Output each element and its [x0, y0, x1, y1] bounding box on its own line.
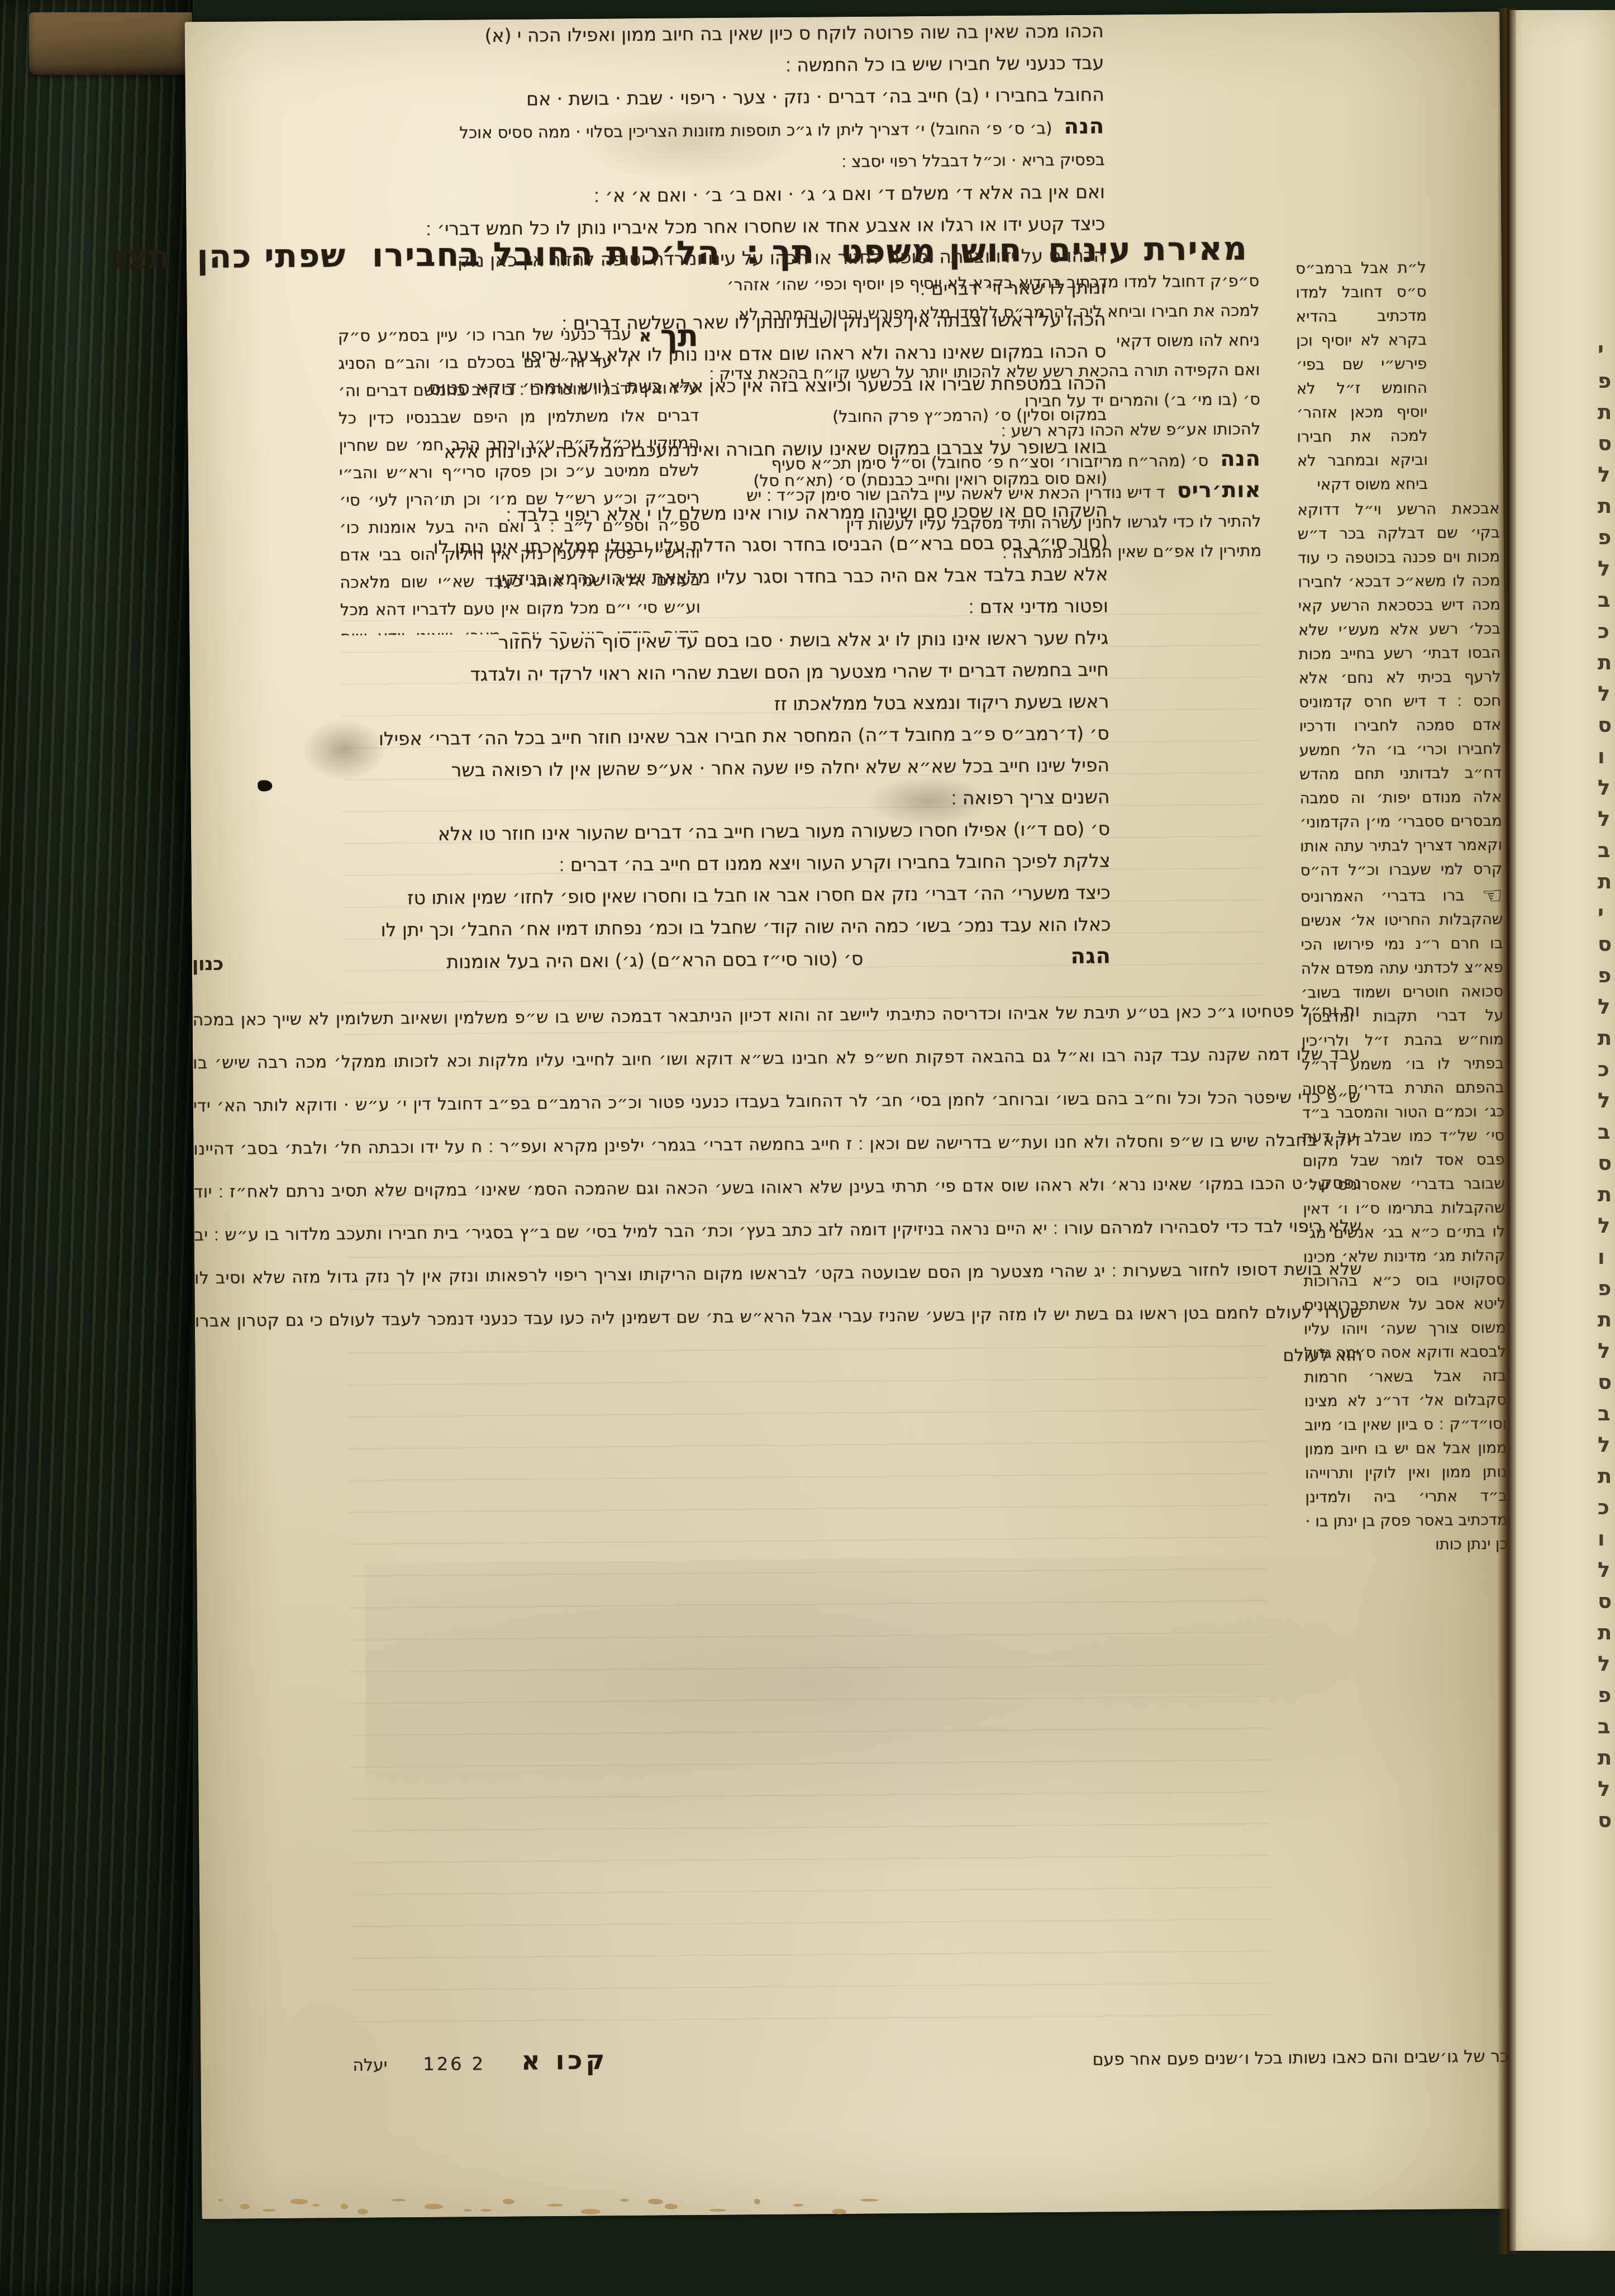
seif-line-item: השנים צריך רפואה ׃ — [448, 781, 1110, 817]
clipped-letter: ל — [1598, 991, 1615, 1023]
line-text: הכהו על ראשו וצבתה אין כאן נזק ושבת ונות… — [561, 308, 1106, 334]
line-text: אלא שבת בלבד אבל אם היה כבר בחדר וסגר על… — [497, 563, 1108, 590]
column-catchword: כנון — [192, 948, 224, 980]
worn-fleck — [648, 2199, 663, 2204]
line-text: ס׳ (סם ד״ו) אפילו חסרו כשעורה מעור בשרו … — [438, 817, 1110, 844]
clipped-letter: פ — [1598, 1273, 1615, 1304]
seif-line-item: הגה ס׳ (טור סי״ז בסם הרא״ם) (ג׳) ואם היה… — [192, 940, 1111, 980]
clipped-letter: ל — [1598, 772, 1615, 804]
seif-line-item: ואם אין בה אלא ד׳ משלם ד׳ ואם ג׳ ג׳ · וא… — [443, 175, 1105, 212]
worn-fleck — [547, 2204, 563, 2207]
worn-fleck — [341, 2204, 348, 2209]
line-text: ואם אין בה אלא ד׳ משלם ד׳ ואם ג׳ ג׳ · וא… — [594, 180, 1105, 206]
line-text: כיצד קטע ידו או רגלו או אצבע אחד או שחסר… — [426, 212, 1106, 240]
seif-line-item: בפסיק בריא · וכ״ל דבבלל רפוי יסבצ ׃ — [443, 144, 1105, 180]
clipped-letter: פ — [1598, 960, 1615, 991]
clipped-letter: ל — [1598, 553, 1615, 584]
clipped-letter: ת — [1598, 1461, 1615, 1492]
line-text: הכהו מכה שאין בה שוה פרוטה לוקח ס כיון ש… — [484, 20, 1103, 46]
bold-lead-word: הנה — [1064, 113, 1104, 139]
line-text: הפיל שינו חייב בכל שא״א שלא יחלה פיו שעה… — [451, 754, 1110, 781]
line-text: עבד כנעני של חבירו שיש בו כל החמשה ׃ — [785, 51, 1104, 75]
clipped-letter: ס — [1598, 710, 1615, 741]
clipped-letter: ת — [1598, 1742, 1615, 1774]
bottom-block-text: ות וח״ל פטחיטו ג״כ כאן בט״ע תיבת של אביה… — [192, 1001, 1362, 1366]
bottom-commentary-block: ות וח״ל פטחיטו ג״כ כאן בט״ע תיבת של אביה… — [192, 990, 1364, 1469]
clipped-letter: ת — [1598, 1179, 1615, 1210]
line-text: הכהו ס על ידו וצבתה וסופה לחזור או הכהו … — [458, 244, 1106, 271]
board-bottom-worn-flecks — [0, 2182, 905, 2221]
book-spine-leather — [0, 0, 193, 2296]
clipped-letter: כ — [1598, 1492, 1615, 1523]
clipped-letter: ו — [1598, 1523, 1615, 1555]
worn-fleck — [290, 2199, 308, 2204]
worn-fleck — [665, 2204, 678, 2209]
worn-fleck — [391, 2199, 406, 2202]
line-text: ס׳ (ד׳רמב״ס פ״ב מחובל ד״ה) המחסר את חביר… — [379, 722, 1109, 749]
catchword: יעלה — [352, 2056, 387, 2075]
worn-fleck — [860, 2199, 878, 2202]
line-text: השקהו סם או שסכו סם ושינהו ממראה עורו אי… — [506, 499, 1108, 525]
worn-fleck — [793, 2204, 803, 2207]
clipped-letter: ל — [1598, 1210, 1615, 1242]
clipped-letter: ס — [1598, 929, 1615, 960]
clipped-letter: ס — [1598, 1805, 1615, 1836]
clipped-letter: ב — [1598, 584, 1615, 616]
clipped-letter: ו — [1598, 741, 1615, 772]
seif-line-item: עבד כנעני של חבירו שיש בו כל החמשה ׃ — [442, 46, 1104, 83]
clipped-letter: פ — [1598, 1680, 1615, 1711]
quire-signature-hebrew: קכו א — [521, 2045, 608, 2075]
clipped-letter: פ — [1598, 365, 1615, 397]
worn-fleck — [263, 2209, 276, 2212]
clipped-letter: ל — [1598, 1648, 1615, 1680]
clipped-letter: ת — [1598, 647, 1615, 678]
seif-line-item: ונותן לו שאר ד׳ דברים ׃ — [444, 271, 1106, 308]
seif-line-item: (ואם סוס במקוס רואין וחייב כבנםת) ס׳ (תא… — [445, 462, 1107, 499]
margin-seif-letter: נ — [1108, 79, 1111, 111]
worn-fleck — [464, 2209, 471, 2212]
clipped-letter: י — [1598, 897, 1615, 929]
seif-line-item: ופטור מדיני אדם ׃ — [446, 590, 1108, 626]
final-text-words: מכר של גו׳שבים והם כאבו נשותו בכל ו׳שנים… — [644, 2047, 1520, 2073]
clipped-letter: ת — [1598, 397, 1615, 428]
worn-fleck — [503, 2199, 514, 2204]
worn-fleck — [240, 2204, 250, 2209]
line-text: ס הכהו במקום שאינו נראה ולא ראהו שום אדם… — [521, 340, 1107, 366]
next-page-clipped-text-edge: יפתסלתפלבכתלסוללבתיספלתכלבסתלופתלסבלתכול… — [1594, 334, 1615, 2200]
worn-fleck — [581, 2209, 601, 2214]
line-text: במקוס וסלין) ס׳ (הרמכ״ץ פרק החובל) — [832, 405, 1107, 426]
column-central-main-text: ב הכהו מכה שאין בה שוה פרוטה לוקח ס כיון… — [185, 15, 1112, 999]
worn-fleck — [620, 2199, 629, 2202]
clipped-letter: ס — [1598, 1367, 1615, 1398]
worn-fleck — [709, 2209, 726, 2212]
clipped-letter: פ — [1598, 522, 1615, 553]
signature-row: מכר של גו׳שבים והם כאבו נשותו בכל ו׳שנים… — [352, 2038, 1520, 2086]
line-text: בואו בשופר על צברבו במקוס שאינו עושה חבו… — [444, 435, 1107, 462]
worn-fleck — [480, 2209, 492, 2212]
clipped-letter: ל — [1598, 459, 1615, 491]
clipped-letter: ת — [1598, 1617, 1615, 1648]
quire-signature-numeral: 126 2 — [423, 2053, 485, 2075]
worn-fleck — [358, 2209, 368, 2214]
clipped-letter: ל — [1598, 1555, 1615, 1586]
line-text: הכהו במטפחת שבירו או בכשער וכיוצא בזה אי… — [429, 372, 1107, 399]
seif-line-item: במקוס וסלין) ס׳ (הרמכ״ץ פרק החובל) — [445, 398, 1107, 435]
clipped-letter: ב — [1598, 1116, 1615, 1148]
seif-line-item: ראשו בשעת ריקוד ונמצא בטל ממלאכתו זז — [447, 685, 1109, 722]
worn-fleck — [218, 2199, 223, 2202]
clipped-letter: ס — [1598, 428, 1615, 459]
line-text: צלקת לפיכך החובל בחבירו וקרע העור ויצא מ… — [559, 849, 1110, 876]
clipped-letter: ל — [1598, 1335, 1615, 1367]
clipped-letter: ב — [1598, 1711, 1615, 1742]
line-text: כיצד משערי׳ הה׳ דברי׳ נזק אם חסרו אבר או… — [407, 881, 1111, 909]
line-text: ופטור מדיני אדם ׃ — [969, 595, 1109, 617]
line-text: ס׳ (טור סי״ז בסם הרא״ם) (ג׳) ואם היה בעל… — [446, 943, 863, 978]
line-text: (ב׳ ס׳ פ׳ החובל) י׳ דצריך ליתן לו ג״כ תו… — [459, 118, 1052, 142]
worn-fleck — [425, 2204, 443, 2209]
line-text: (סור סי״ב בס בסם ברא״ם) הבניסו בחדר וסגר… — [433, 531, 1108, 558]
book-page: מאירת עינים חושן משפט תך ׃ הל׳כות החובל … — [185, 12, 1517, 2219]
clipped-letter: ל — [1598, 678, 1615, 710]
line-text: בפסיק בריא · וכ״ל דבבלל רפוי יסבצ ׃ — [842, 150, 1105, 171]
right-column-main-paragraph: אבכאת הרשע וי״ל דדוקא בקי׳ שם דבלקה בכר … — [1297, 497, 1508, 1558]
clipped-letter: ל — [1598, 804, 1615, 835]
clipped-letter: ל — [1598, 1429, 1615, 1461]
worn-fleck — [832, 2209, 846, 2214]
binding-board-worn-edge — [29, 12, 192, 75]
line-text: (ואם סוס במקוס רואין וחייב כבנםת) ס׳ (תא… — [753, 468, 1107, 490]
clipped-letter: ב — [1598, 1398, 1615, 1429]
clipped-letter: ל — [1598, 1774, 1615, 1805]
margin-seif-letter: ב — [1108, 16, 1112, 47]
clipped-letter: כ — [1598, 616, 1615, 647]
right-column-indented-paragraph: ל״ת אבל ברמב״ס ס״ס דחובל למדו מדכתיב בהד… — [1295, 256, 1428, 497]
heavy-inking-smudge — [364, 1554, 1484, 1876]
clipped-letter: ס — [1598, 1148, 1615, 1179]
column-right-commentary: ל״ת אבל ברמב״ס ס״ס דחובל למדו מדכתיב בהד… — [1295, 255, 1508, 1580]
line-text: ונותן לו שאר ד׳ דברים ׃ — [920, 276, 1106, 300]
clipped-letter: כ — [1598, 1054, 1615, 1085]
bold-lead-word: הנה — [1220, 446, 1261, 471]
line-text: כאלו הוא עבד נמכ׳ בשו׳ כמה היה שוה קוד׳ … — [381, 913, 1111, 940]
worn-fleck — [313, 2204, 320, 2207]
clipped-letter: ב — [1598, 835, 1615, 866]
right-column-text: אבכאת הרשע וי״ל דדוקא בקי׳ שם דבלקה בכר … — [1297, 500, 1502, 880]
photographed-book-scene: { "header": { "right_title": "מאירת עיני… — [0, 0, 1615, 2296]
clipped-letter: ת — [1598, 866, 1615, 897]
line-text: חייב בחמשה דברים יד שהרי מצטער מן הסם וש… — [470, 658, 1109, 685]
clipped-letter: ת — [1598, 491, 1615, 522]
bold-lead-word: הגה — [1070, 940, 1111, 972]
clipped-letter: ס — [1598, 1586, 1615, 1617]
clipped-letter: י — [1598, 334, 1615, 365]
bold-lead-word: אות׳ריס — [1177, 477, 1261, 502]
worn-fleck — [754, 2199, 760, 2204]
line-text: גילח שער ראשו אינו נותן לו יג אלא בושת ·… — [498, 626, 1108, 653]
line-text: ראשו בשעת ריקוד ונמצא בטל ממלאכתו זז — [774, 690, 1109, 715]
clipped-letter: ת — [1598, 1023, 1615, 1054]
clipped-letter: ל — [1598, 1085, 1615, 1116]
right-column-text: ברו בדברי׳ האמרוניס שהקבלות החריטו אל׳ א… — [1300, 886, 1508, 1553]
gutter-crease — [1497, 8, 1516, 2254]
clipped-letter: ת — [1598, 1304, 1615, 1335]
clipped-letter: ו — [1598, 1242, 1615, 1273]
line-text: השנים צריך רפואה ׃ — [951, 786, 1110, 809]
header-folio-number: תצו — [113, 238, 171, 277]
line-text: החובל בחבירו י (ב) חייב בה׳ דברים · נזק … — [526, 83, 1104, 110]
